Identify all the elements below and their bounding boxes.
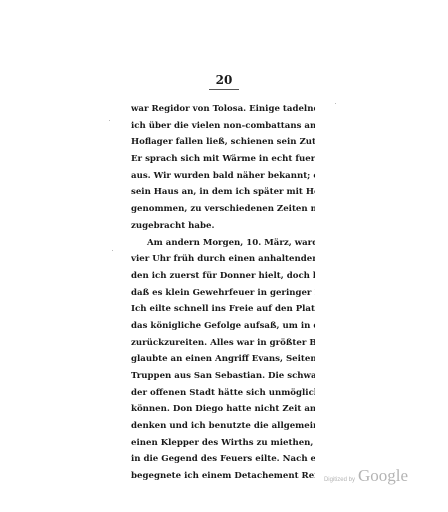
text-line: in die Gegend des Feuers eilte. Nach ein…: [131, 451, 315, 468]
text-line: daß es klein Gewehrfeuer in geringer Ent…: [131, 285, 315, 302]
text-line: vier Uhr früh durch einen anhaltenden Lä…: [131, 251, 315, 268]
text-line: begegnete ich einem Detachement Reiter; …: [131, 468, 315, 485]
text-line: zugebracht habe.: [131, 218, 315, 235]
google-logo: Google: [358, 466, 408, 486]
text-line: zurückzureiten. Alles war in größter Bew…: [131, 335, 315, 352]
text-line: Hoflager fallen ließ, schienen sein Zutr…: [131, 134, 315, 151]
text-line: der offenen Stadt hätte sich unmöglich l…: [131, 385, 315, 402]
text-line: Ich eilte schnell ins Freie auf den Plat…: [131, 301, 315, 318]
text-line: denken und ich benutzte die allgemeine V…: [131, 418, 315, 435]
scan-speck: [112, 250, 113, 251]
scan-speck: [109, 120, 110, 121]
text-line: den ich zuerst für Donner hielt, doch ba…: [131, 268, 315, 285]
text-line: aus. Wir wurden bald näher bekannt; er b…: [131, 168, 315, 185]
watermark-prefix: Digitized by: [324, 477, 355, 483]
header-rule: [209, 89, 239, 90]
text-line: das königliche Gefolge aufsaß, um in das…: [131, 318, 315, 335]
text-line: genommen, zu verschiedenen Zeiten mehrer…: [131, 201, 315, 218]
text-line: war Regidor von Tolosa. Einige tadelnde …: [131, 101, 315, 118]
text-line: können. Don Diego hatte nicht Zeit an mi…: [131, 401, 315, 418]
digitized-by-google-watermark: Digitized by Google: [324, 466, 408, 486]
text-line: Truppen aus San Sebastian. Die schwache …: [131, 368, 315, 385]
scan-speck: [335, 103, 336, 104]
text-line: glaubte an einen Angriff Evans, Seitens …: [131, 351, 315, 368]
page-number: 20: [0, 73, 448, 87]
text-line: sein Haus an, in dem ich später mit Herz…: [131, 184, 315, 201]
body-text: war Regidor von Tolosa. Einige tadelnde …: [131, 101, 315, 485]
text-line: ich über die vielen non-combattans am kö…: [131, 118, 315, 135]
text-line: Er sprach sich mit Wärme in echt fuerist…: [131, 151, 315, 168]
text-line: Am andern Morgen, 10. März, ward ich um: [131, 235, 315, 252]
text-line: einen Klepper des Wirths zu miethen, mit…: [131, 435, 315, 452]
